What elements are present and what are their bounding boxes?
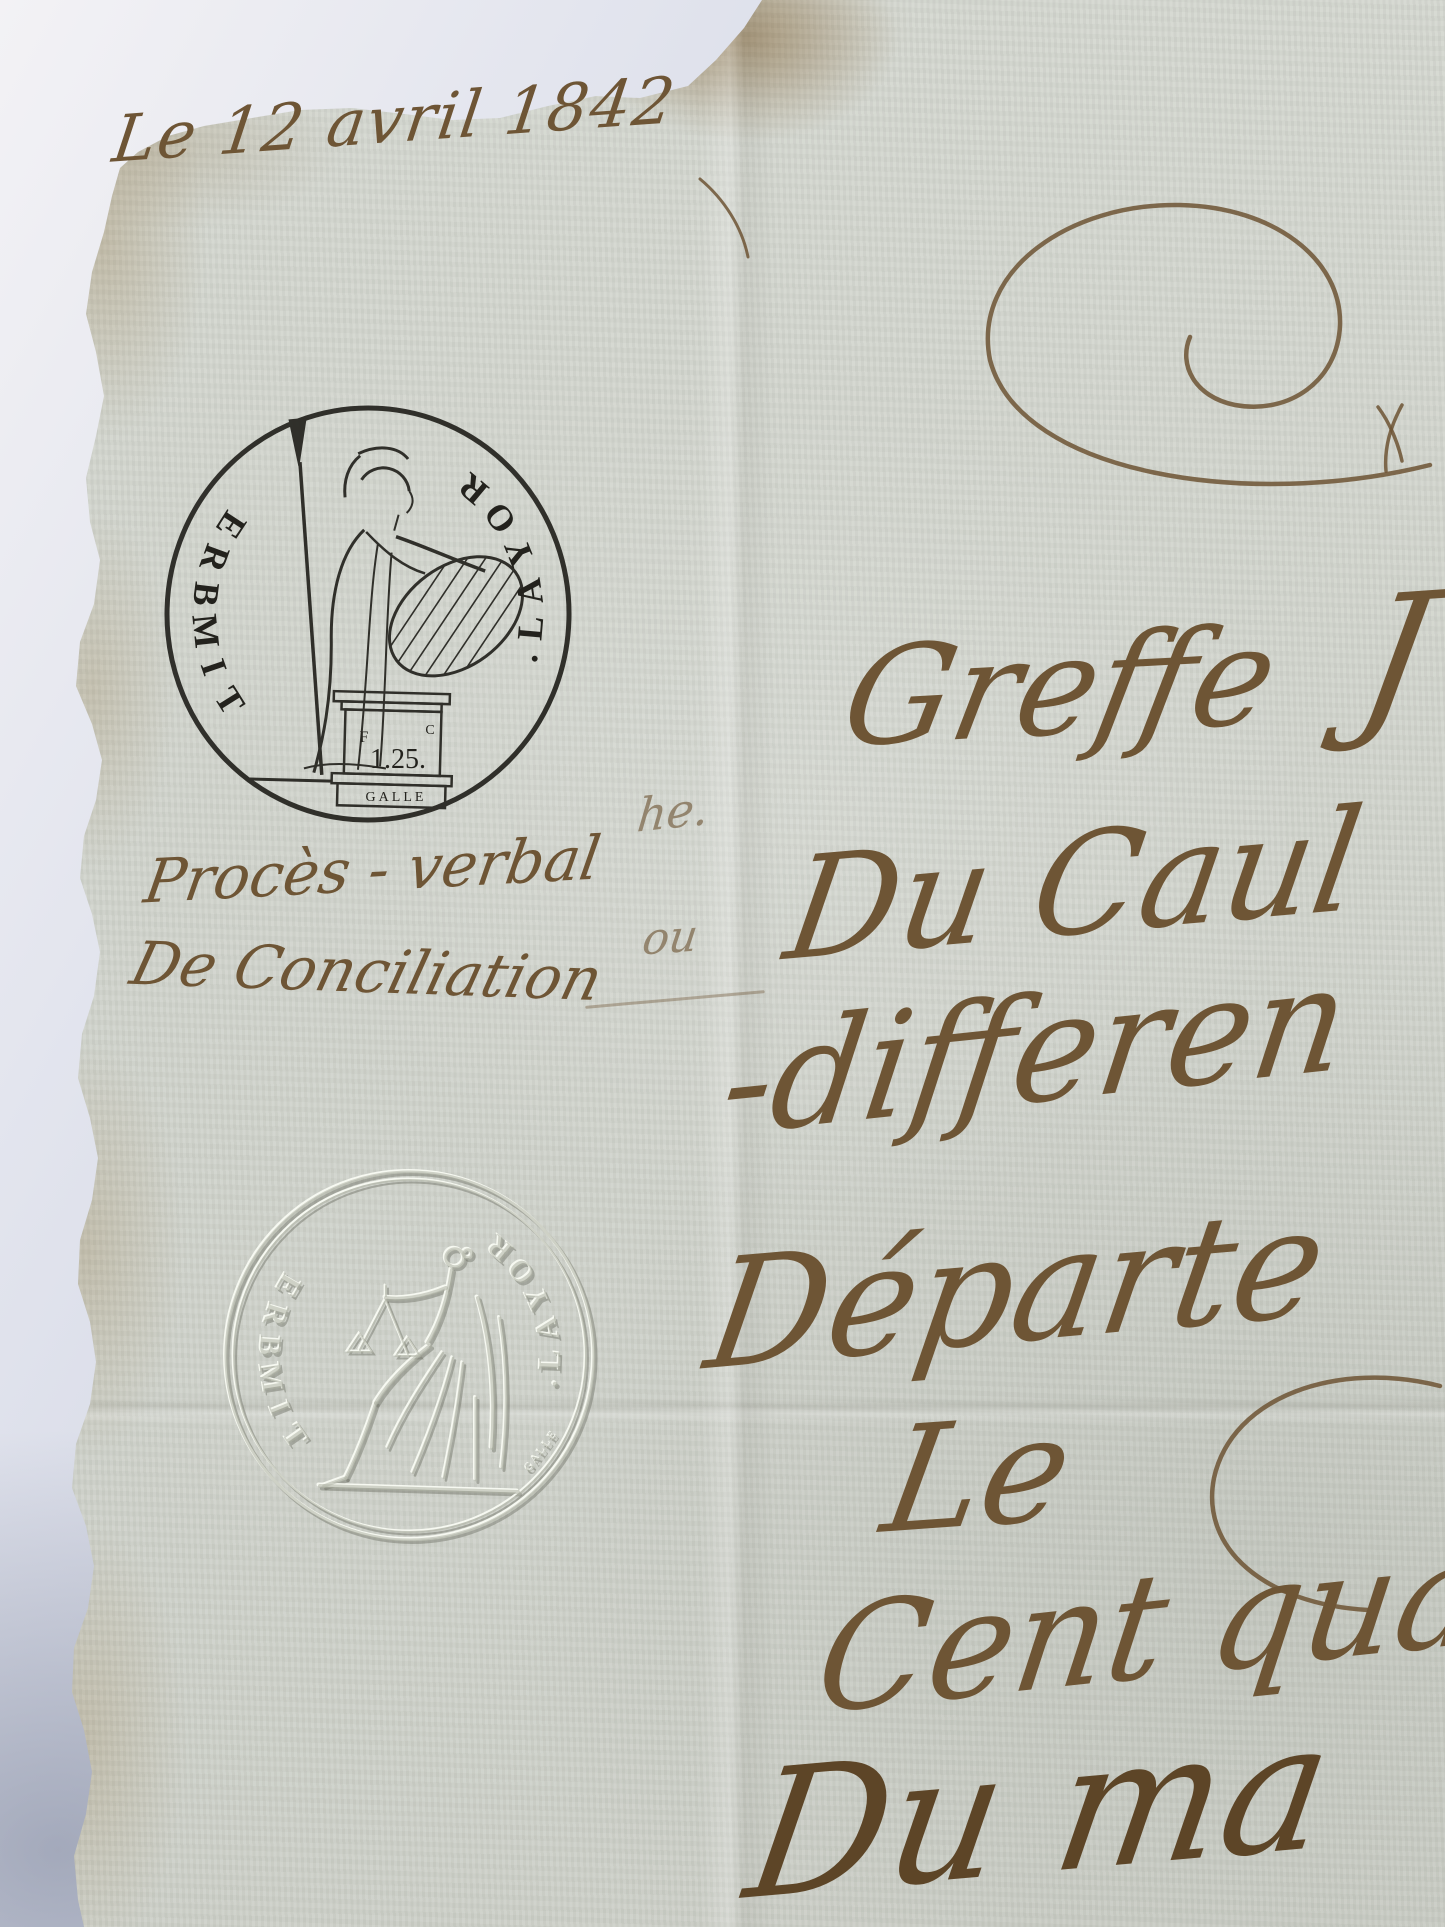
stamp-letter: I bbox=[193, 654, 235, 680]
stamp-letter: O bbox=[475, 495, 524, 541]
margin-mark-ou: ou bbox=[640, 914, 701, 962]
stamp-letter: R bbox=[191, 539, 238, 578]
stamp-letter: B bbox=[185, 580, 228, 609]
stamp-letter: T bbox=[206, 680, 253, 722]
stamp-engraver: GALLE bbox=[366, 790, 427, 805]
title-line-conciliation: De Conciliation bbox=[125, 934, 608, 1010]
body-line-greffe: Greffe bbox=[833, 608, 1287, 767]
stamp-value: 1.25. bbox=[370, 744, 426, 775]
stamp-letter: L bbox=[509, 614, 551, 641]
embossed-seal: T I M B R E R O Y A L . GALLE bbox=[212, 1158, 608, 1554]
stamp-franc-letter: F bbox=[360, 729, 369, 746]
stamp-letter: Y bbox=[496, 533, 543, 572]
stamp-letter: M bbox=[184, 612, 227, 650]
stroke-fragment bbox=[700, 179, 748, 257]
photo-of-document: { "photo": { "backdrop_color": "#d2d6e4"… bbox=[0, 0, 1445, 1927]
timbre-royal-stamp: T I M B R E R O Y A L . F C 1.25. GALLE bbox=[158, 402, 578, 830]
flourished-capital-c bbox=[690, 165, 1445, 495]
stamp-letter: R bbox=[449, 465, 495, 513]
stamp-centime-letter: C bbox=[425, 723, 434, 738]
stamp-figure-minerva bbox=[280, 418, 489, 779]
margin-mark-he: he. bbox=[635, 785, 711, 839]
stamp-letter: E bbox=[208, 504, 255, 546]
body-line-le: Le bbox=[874, 1395, 1082, 1555]
stamp-letter: . bbox=[505, 647, 546, 666]
body-line-du-ma: Du ma bbox=[737, 1698, 1342, 1927]
stamp-letter: A bbox=[508, 576, 551, 607]
